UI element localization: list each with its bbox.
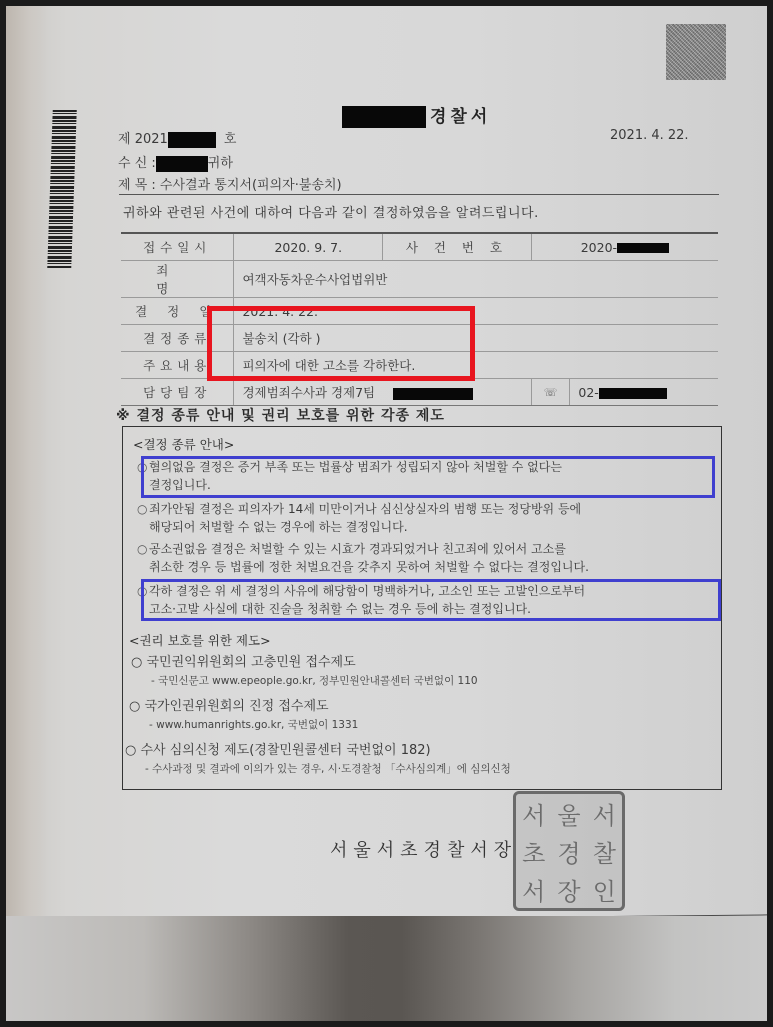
official-seal-icon: 서울서 초경찰 서장인 (513, 791, 625, 911)
blue-highlight-box (141, 456, 715, 498)
blue-highlight-box (141, 579, 721, 621)
agency-title: 경찰서 (342, 102, 491, 128)
decision-types-heading: <결정 종류 안내> (133, 435, 234, 454)
notice-box: <결정 종류 안내> ○혐의없음 결정은 증거 부족 또는 법률상 범죄가 성립… (122, 426, 722, 790)
case-number-label: 사 건 번 호 (383, 233, 532, 261)
bullet-icon: ○ (137, 541, 149, 559)
case-number-value: 2020- (531, 233, 718, 261)
received-value: 2020. 9. 7. (234, 233, 383, 261)
qr-code-icon (666, 24, 726, 80)
recipient-line: 수 신 :귀하 (118, 152, 233, 172)
rights-heading: <권리 보호를 위한 제도> (129, 631, 271, 650)
bullet-icon: ○ (131, 655, 142, 670)
document-number: 제 2021 호 (118, 128, 236, 148)
team-value: 경제범죄수사과 경제7팀 (234, 379, 531, 406)
paper-fold-shadow (6, 916, 767, 1021)
document-date: 2021. 4. 22. (610, 128, 689, 143)
list-item: ○죄가안됨 결정은 피의자가 14세 미만이거나 심신상실자의 범행 또는 정당… (137, 501, 581, 536)
list-item: ○ 국가인권위원회의 진정 접수제도 - www.humanrights.go.… (129, 697, 358, 735)
charge-value: 여객자동차운수사업법위반 (234, 261, 718, 298)
redaction-bar (342, 106, 426, 128)
bullet-icon: ○ (137, 501, 149, 519)
redaction-bar (393, 388, 473, 400)
telephone-icon: ☏ (531, 379, 570, 406)
page-edge-shadow (6, 6, 48, 1021)
list-item: ○ 수사 심의신청 제도(경찰민원콜센터 국번없이 182) - 수사과정 및 … (125, 741, 511, 779)
intro-text: 귀하와 관련된 사건에 대하여 다음과 같이 결정하였음을 알려드립니다. (123, 202, 539, 221)
redaction-bar (168, 132, 216, 148)
barcode-icon (47, 110, 77, 268)
redaction-bar (599, 388, 667, 399)
list-item: ○공소권없음 결정은 처벌할 수 있는 시효가 경과되었거나 친고죄에 있어서 … (137, 541, 589, 576)
team-label: 담당팀장 (121, 379, 234, 406)
list-item: ○ 국민권익위원회의 고충민원 접수제도 - 국민신문고 www.epeople… (131, 653, 478, 691)
redaction-bar (617, 243, 669, 253)
bullet-icon: ○ (125, 743, 136, 758)
bullet-icon: ○ (129, 699, 140, 714)
red-highlight-box (207, 306, 475, 381)
received-label: 접수일시 (121, 233, 234, 261)
table-row: 죄 명 여객자동차운수사업법위반 (121, 261, 718, 298)
charge-label: 죄 명 (121, 261, 234, 298)
subject-line: 제 목 : 수사결과 통지서(피의자·불송치) (118, 174, 342, 193)
table-row: 접수일시 2020. 9. 7. 사 건 번 호 2020- (121, 233, 718, 261)
phone-value: 02- (570, 379, 718, 406)
table-row: 담당팀장 경제범죄수사과 경제7팀 ☏ 02- (121, 379, 718, 406)
redaction-bar (156, 156, 208, 172)
header-divider (119, 194, 719, 195)
notice-heading: ※ 결정 종류 안내 및 권리 보호를 위한 각종 제도 (116, 405, 445, 425)
signature-text: 서울서초경찰서장 (330, 836, 517, 862)
document-photo: 경찰서 제 2021 호 2021. 4. 22. 수 신 :귀하 제 목 : … (6, 6, 767, 1021)
